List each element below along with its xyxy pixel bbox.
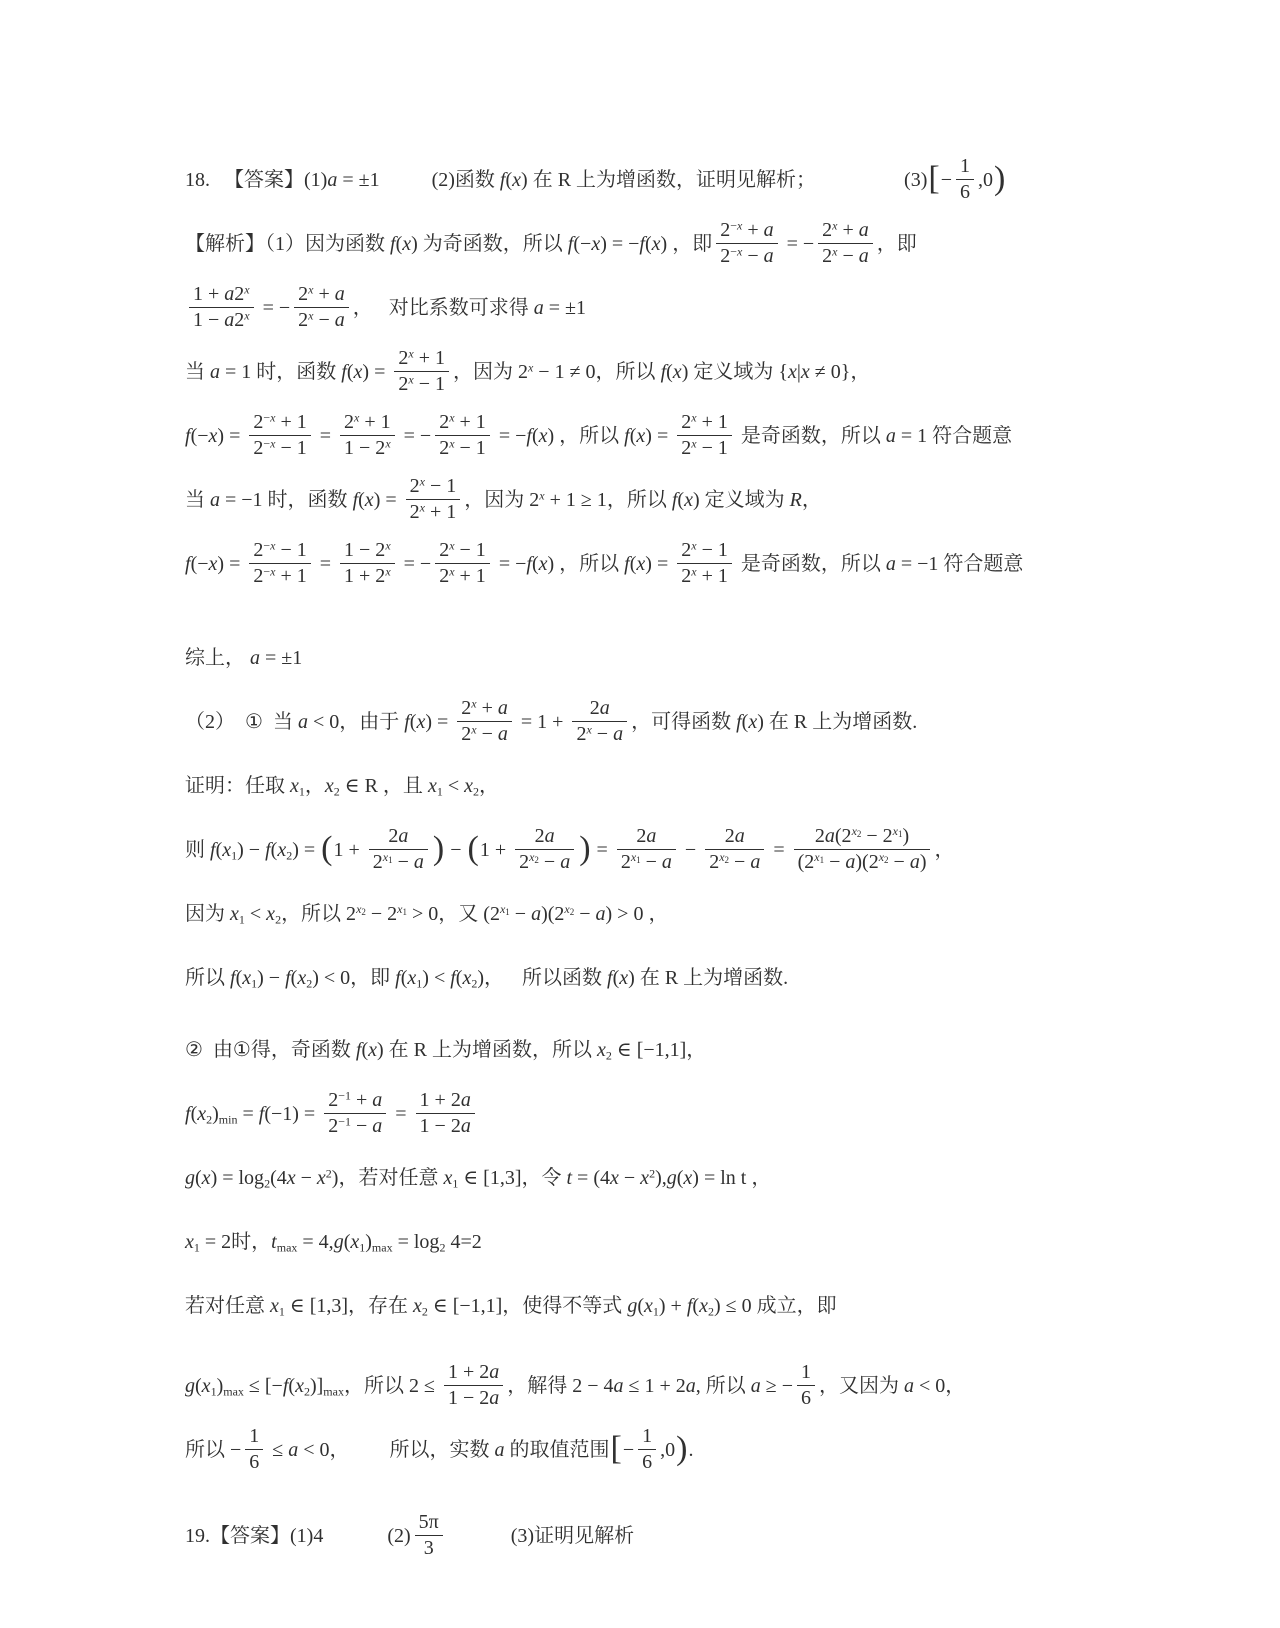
- fraction: 16: [797, 1360, 815, 1411]
- fraction: 2−1 + a2−1 − a: [324, 1088, 386, 1139]
- solution-lines: 18.【答案】(1)a = ±1(2)函数 f(x) 在 R 上为增函数，证明见…: [185, 148, 1205, 1568]
- fraction: 2x + 12x − 1: [677, 410, 732, 461]
- fraction: 1 + 2a1 − 2a: [416, 1088, 475, 1139]
- solution-line: 则 f(x1) − f(x2) = (1 + 2a2x1 − a) − (1 +…: [185, 818, 1205, 882]
- fraction: 2−x + 12−x − 1: [249, 410, 310, 461]
- fraction: 2a2x − a: [572, 696, 627, 747]
- fraction: 2a2x2 − a: [705, 824, 764, 875]
- fraction: 2a2x1 − a: [617, 824, 676, 875]
- fraction: 16: [638, 1424, 656, 1475]
- fraction: 1 + a2x1 − a2x: [189, 282, 254, 333]
- solution-line: f(x2)min = f(−1) = 2−1 + a2−1 − a = 1 + …: [185, 1082, 1205, 1146]
- fraction: 2x + 12x − 1: [435, 410, 490, 461]
- fraction: 16: [956, 154, 974, 205]
- fraction: 2x + a2x − a: [818, 218, 873, 269]
- fraction: 1 + 2a1 − 2a: [444, 1360, 503, 1411]
- fraction: 2x + 11 − 2x: [340, 410, 395, 461]
- solution-line: g(x) = log2(4x − x2)，若对任意 x1 ∈ [1,3]，令 t…: [185, 1146, 1205, 1210]
- fraction: 16: [245, 1424, 263, 1475]
- solution-line: g(x1)max ≤ [−f(x2)]max，所以 2 ≤ 1 + 2a1 − …: [185, 1354, 1205, 1418]
- solution-line: 1 + a2x1 − a2x = −2x + a2x − a，对比系数可求得 a…: [185, 276, 1205, 340]
- fraction: 5π3: [415, 1510, 443, 1561]
- fraction: 2x + a2x − a: [294, 282, 349, 333]
- fraction: 2a2x1 − a: [369, 824, 428, 875]
- fraction: 2−x + a2−x − a: [716, 218, 777, 269]
- solution-line: （2）①当 a < 0，由于 f(x) = 2x + a2x − a = 1 +…: [185, 690, 1205, 754]
- solution-line: 19.【答案】(1)4(2)5π3(3)证明见解析: [185, 1504, 1205, 1568]
- solution-line: 证明：任取 x1，x2 ∈ R ，且 x1 < x2，: [185, 754, 1205, 818]
- solution-line: 所以 −16 ≤ a < 0，所以，实数 a 的取值范围[−16,0).: [185, 1418, 1205, 1482]
- solution-line: ②由①得，奇函数 f(x) 在 R 上为增函数，所以 x2 ∈ [−1,1]，: [185, 1018, 1205, 1082]
- fraction: 2x − 12x + 1: [406, 474, 461, 525]
- fraction: 2−x − 12−x + 1: [249, 538, 310, 589]
- solution-line: 若对任意 x1 ∈ [1,3]，存在 x2 ∈ [−1,1]，使得不等式 g(x…: [185, 1274, 1205, 1338]
- solution-line: 18.【答案】(1)a = ±1(2)函数 f(x) 在 R 上为增函数，证明见…: [185, 148, 1205, 212]
- fraction: 2a(2x2 − 2x1)(2x1 − a)(2x2 − a): [794, 824, 931, 875]
- document-page: 18.【答案】(1)a = ±1(2)函数 f(x) 在 R 上为增函数，证明见…: [0, 0, 1245, 1608]
- fraction: 2x − 12x + 1: [435, 538, 490, 589]
- solution-line: 当 a = −1 时，函数 f(x) = 2x − 12x + 1，因为 2x …: [185, 468, 1205, 532]
- fraction: 2x + 12x − 1: [394, 346, 449, 397]
- solution-line: f(−x) = 2−x + 12−x − 1 = 2x + 11 − 2x = …: [185, 404, 1205, 468]
- solution-line: f(−x) = 2−x − 12−x + 1 = 1 − 2x1 + 2x = …: [185, 532, 1205, 596]
- solution-line: 因为 x1 < x2，所以 2x2 − 2x1 > 0，又 (2x1 − a)(…: [185, 882, 1205, 946]
- solution-line: 当 a = 1 时，函数 f(x) = 2x + 12x − 1，因为 2x −…: [185, 340, 1205, 404]
- solution-line: 综上， a = ±1: [185, 626, 1205, 690]
- solution-line: 【解析】（1）因为函数 f(x) 为奇函数，所以 f(−x) = −f(x) ，…: [185, 212, 1205, 276]
- fraction: 2a2x2 − a: [515, 824, 574, 875]
- fraction: 2x + a2x − a: [457, 696, 512, 747]
- fraction: 1 − 2x1 + 2x: [340, 538, 395, 589]
- solution-line: x1 = 2时，tmax = 4,g(x1)max = log2 4=2: [185, 1210, 1205, 1274]
- solution-line: 所以 f(x1) − f(x2) < 0，即 f(x1) < f(x2)，所以函…: [185, 946, 1205, 1010]
- fraction: 2x − 12x + 1: [677, 538, 732, 589]
